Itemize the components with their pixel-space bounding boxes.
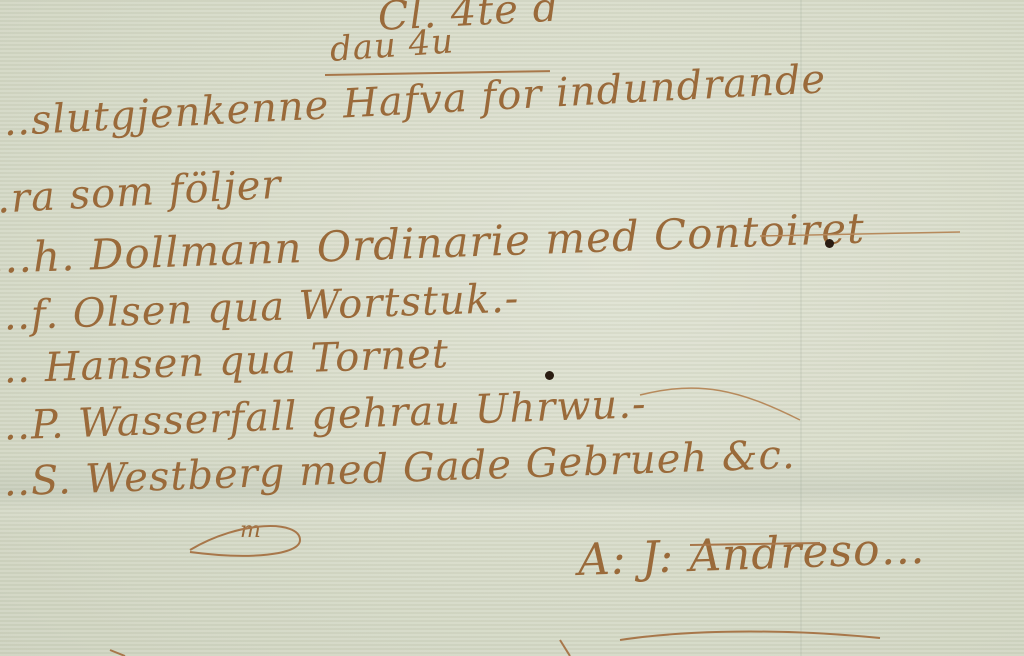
pen-flourishes [0,0,1024,656]
ink-blot-2 [545,371,554,380]
ink-blot-1 [825,239,834,248]
